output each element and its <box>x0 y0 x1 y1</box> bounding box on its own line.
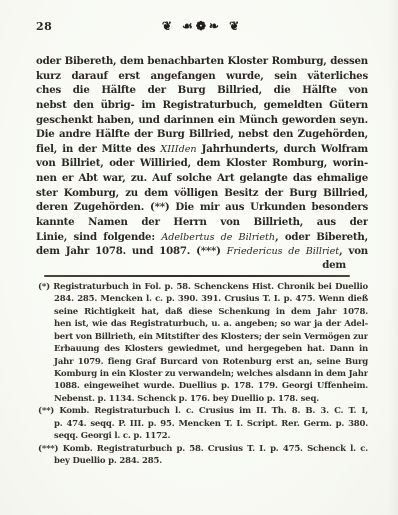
fraktur-text: oder Bibereth, dem benachbarten Kloster … <box>36 55 368 69</box>
footnotes-section: (*) Registraturbuch in Fol. p. 58. Schen… <box>36 281 368 468</box>
footnote-line: seine Richtigkeit hat, daß diese Schenku… <box>38 306 368 318</box>
footnote-line: (***) Komb. Registraturbuch p. 58. Crusi… <box>38 443 368 455</box>
text-line: dem Jahr 1078. und 1087. (***) Friederic… <box>36 244 368 259</box>
fraktur-text: ster Komburg, zu dem völligen Besitz der… <box>36 187 368 201</box>
fraktur-text: kannte Namen der Herrn von Billrieth, au… <box>36 216 368 230</box>
text-line: Die andre Hälfte der Burg Billried, nebs… <box>36 127 368 142</box>
text-line: geschenkt haben, und darinnen ein Münch … <box>36 113 368 128</box>
header-ornament-icon: ❦ ☙❁❧ ❦ <box>36 19 368 33</box>
book-page: 28 ❦ ☙❁❧ ❦ oder Bibereth, dem benachbart… <box>0 0 398 515</box>
page-header: 28 ❦ ☙❁❧ ❦ <box>36 18 368 34</box>
latin-name-text: XIIIden <box>160 144 196 155</box>
fraktur-text: von Billriet, oder Williried, dem Kloste… <box>36 157 368 169</box>
page-content: oder Bibereth, dem benachbarten Kloster … <box>36 54 368 468</box>
footnote-line: p. 474. seqq. P. III. p. 95. Mencken T. … <box>38 418 368 430</box>
fraktur-text: fiel, in der Mitte des <box>36 143 160 155</box>
footnote-line: seqq. Georgi l. c. p. 1172. <box>38 430 368 442</box>
footnote-line: 284. 285. Mencken l. c. p. 390. 391. Cru… <box>38 293 368 305</box>
fraktur-text: Linie, sind folgende: <box>36 231 161 243</box>
latin-name-text: Friedericus de Billriet <box>227 246 340 257</box>
text-line: ster Komburg, zu dem völligen Besitz der… <box>36 186 368 201</box>
fraktur-text: nebst den übrig- im Registraturbuch, gem… <box>36 99 368 113</box>
text-line: fiel, in der Mitte des XIIIden Jahrhunde… <box>36 142 368 157</box>
main-text: oder Bibereth, dem benachbarten Kloster … <box>36 54 368 259</box>
fraktur-text: nen er Abt war, zu. Auf solche Art gelan… <box>36 172 368 186</box>
text-line: nen er Abt war, zu. Auf solche Art gelan… <box>36 171 368 186</box>
fraktur-text: , von <box>339 245 368 257</box>
footnote-line: hen ist, wie das Registraturbuch, u. a. … <box>38 318 368 330</box>
footnote-line: bey Duellio p. 284. 285. <box>38 455 368 467</box>
fraktur-text: Die andre Hälfte der Burg Billried, nebs… <box>36 128 368 140</box>
fraktur-text: kurz darauf erst angefangen wurde, sein … <box>36 70 368 84</box>
text-line: oder Bibereth, dem benachbarten Kloster … <box>36 54 368 69</box>
footnote-rule <box>44 275 350 277</box>
text-line: deren Zugehörden. (**) Die mir aus Urkun… <box>36 200 368 215</box>
footnote-line: Jahr 1079. fieng Graf Burcard von Rotenb… <box>38 356 368 368</box>
footnote-line: Erbauung des Klosters gewiedmet, und her… <box>38 343 368 355</box>
latin-name-text: Adelbertus de Bilrieth <box>161 232 275 243</box>
footnote-line: 1088. eingeweihet wurde. Duellius p. 178… <box>38 380 368 392</box>
footnote-line: Nebenst. p. 1134. Schenck p. 176. bey Du… <box>38 393 368 405</box>
text-line: von Billriet, oder Williried, dem Kloste… <box>36 156 368 171</box>
text-line: ches die Hälfte der Burg Billried, die H… <box>36 83 368 98</box>
catchword: dem <box>36 259 368 272</box>
fraktur-text: dem Jahr 1078. und 1087. (***) <box>36 245 227 257</box>
footnote-line: (**) Komb. Registraturbuch l. c. Crusius… <box>38 405 368 417</box>
footnote-line: bert von Billrieth, ein Mitstifter des K… <box>38 331 368 343</box>
fraktur-text: ches die Hälfte der Burg Billried, die H… <box>36 84 368 98</box>
scan-edge-shade <box>388 0 398 515</box>
text-line: nebst den übrig- im Registraturbuch, gem… <box>36 98 368 113</box>
text-line: Linie, sind folgende: Adelbertus de Bilr… <box>36 230 368 245</box>
fraktur-text: geschenkt haben, und darinnen ein Münch … <box>36 114 368 128</box>
fraktur-text: deren Zugehörden. (**) Die mir aus Urkun… <box>36 201 368 215</box>
text-line: kannte Namen der Herrn von Billrieth, au… <box>36 215 368 230</box>
footnote-line: (*) Registraturbuch in Fol. p. 58. Schen… <box>38 281 368 293</box>
text-line: kurz darauf erst angefangen wurde, sein … <box>36 69 368 84</box>
fraktur-text: Jahrhunderts, durch Wolfram <box>197 143 368 155</box>
footnote-line: Komburg in ein Kloster zu verwandeln; we… <box>38 368 368 380</box>
